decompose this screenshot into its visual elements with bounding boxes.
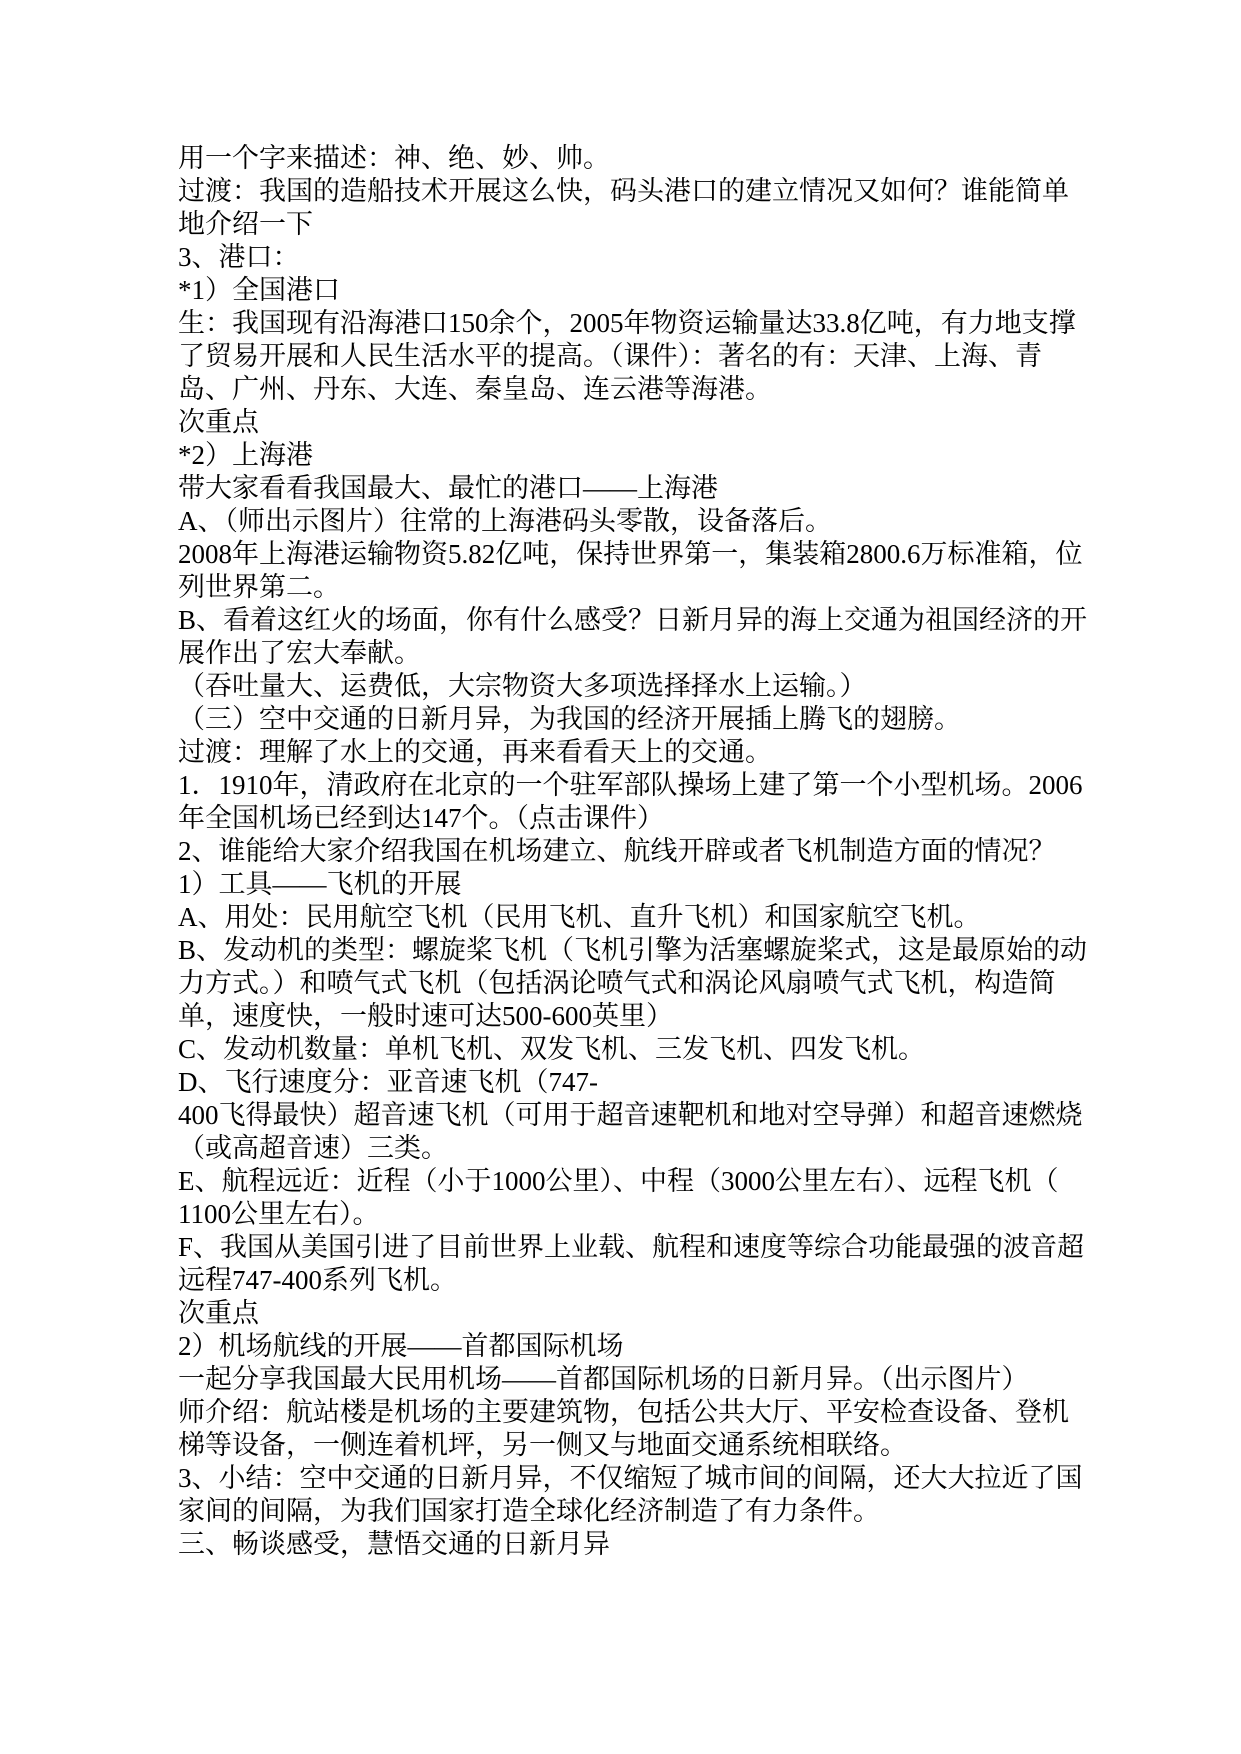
text-line: 列世界第二。	[178, 571, 1070, 604]
text-line: 1100公里左右）。	[178, 1198, 1070, 1231]
text-line: F、我国从美国引进了目前世界上业载、航程和速度等综合功能最强的波音超	[178, 1231, 1070, 1264]
text-line: *1）全国港口	[178, 274, 1070, 307]
text-line: 2）机场航线的开展——首都国际机场	[178, 1330, 1070, 1363]
text-line: E、航程远近：近程（小于1000公里）、中程（3000公里左右）、远程飞机（	[178, 1165, 1070, 1198]
text-line: 三、畅谈感受，慧悟交通的日新月异	[178, 1528, 1070, 1561]
text-line: 次重点	[178, 406, 1070, 439]
text-line: 单，速度快，一般时速可达500-600英里）	[178, 1000, 1070, 1033]
text-line: （三）空中交通的日新月异，为我国的经济开展插上腾飞的翅膀。	[178, 703, 1070, 736]
text-line: C、发动机数量：单机飞机、双发飞机、三发飞机、四发飞机。	[178, 1033, 1070, 1066]
text-line: 用一个字来描述：神、绝、妙、帅。	[178, 142, 1070, 175]
text-line: （吞吐量大、运费低，大宗物资大多项选择择水上运输。）	[178, 670, 1070, 703]
text-line: 梯等设备，一侧连着机坪，另一侧又与地面交通系统相联络。	[178, 1429, 1070, 1462]
text-line: B、发动机的类型：螺旋桨飞机（飞机引擎为活塞螺旋桨式，这是最原始的动	[178, 934, 1070, 967]
text-line: 力方式。）和喷气式飞机（包括涡论喷气式和涡论风扇喷气式飞机，构造简	[178, 967, 1070, 1000]
text-line: 岛、广州、丹东、大连、秦皇岛、连云港等海港。	[178, 373, 1070, 406]
text-line: 带大家看看我国最大、最忙的港口——上海港	[178, 472, 1070, 505]
text-line: 展作出了宏大奉献。	[178, 637, 1070, 670]
text-line: *2）上海港	[178, 439, 1070, 472]
text-line: D、飞行速度分：亚音速飞机（747-	[178, 1066, 1070, 1099]
text-line: 过渡：理解了水上的交通，再来看看天上的交通。	[178, 736, 1070, 769]
document-page: 用一个字来描述：神、绝、妙、帅。 过渡：我国的造船技术开展这么快，码头港口的建立…	[0, 0, 1241, 1754]
text-line: 远程747-400系列飞机。	[178, 1264, 1070, 1297]
text-line: 年全国机场已经到达147个。（点击课件）	[178, 802, 1070, 835]
text-line: A、（师出示图片）往常的上海港码头零散，设备落后。	[178, 505, 1070, 538]
text-line: B、看着这红火的场面，你有什么感受？日新月异的海上交通为祖国经济的开	[178, 604, 1070, 637]
text-line: 地介绍一下	[178, 208, 1070, 241]
text-line: 一起分享我国最大民用机场——首都国际机场的日新月异。（出示图片）	[178, 1363, 1070, 1396]
text-line: 1）工具——飞机的开展	[178, 868, 1070, 901]
text-line: 过渡：我国的造船技术开展这么快，码头港口的建立情况又如何？谁能简单	[178, 175, 1070, 208]
document-text-block: 用一个字来描述：神、绝、妙、帅。 过渡：我国的造船技术开展这么快，码头港口的建立…	[178, 142, 1070, 1561]
text-line: 了贸易开展和人民生活水平的提高。（课件）：著名的有：天津、上海、青	[178, 340, 1070, 373]
text-line: 生：我国现有沿海港口150余个，2005年物资运输量达33.8亿吨，有力地支撑	[178, 307, 1070, 340]
text-line: 2、谁能给大家介绍我国在机场建立、航线开辟或者飞机制造方面的情况？	[178, 835, 1070, 868]
text-line: 1．1910年，清政府在北京的一个驻军部队操场上建了第一个小型机场。2006	[178, 769, 1070, 802]
text-line: 3、小结：空中交通的日新月异，不仅缩短了城市间的间隔，还大大拉近了国	[178, 1462, 1070, 1495]
text-line: 家间的间隔，为我们国家打造全球化经济制造了有力条件。	[178, 1495, 1070, 1528]
text-line: 400飞得最快）超音速飞机（可用于超音速靶机和地对空导弹）和超音速燃烧	[178, 1099, 1070, 1132]
text-line: （或高超音速）三类。	[178, 1132, 1070, 1165]
text-line: 师介绍：航站楼是机场的主要建筑物，包括公共大厅、平安检查设备、登机	[178, 1396, 1070, 1429]
text-line: 3、港口：	[178, 241, 1070, 274]
text-line: 2008年上海港运输物资5.82亿吨，保持世界第一，集装箱2800.6万标准箱，…	[178, 538, 1070, 571]
text-line: A、用处：民用航空飞机（民用飞机、直升飞机）和国家航空飞机。	[178, 901, 1070, 934]
text-line: 次重点	[178, 1297, 1070, 1330]
